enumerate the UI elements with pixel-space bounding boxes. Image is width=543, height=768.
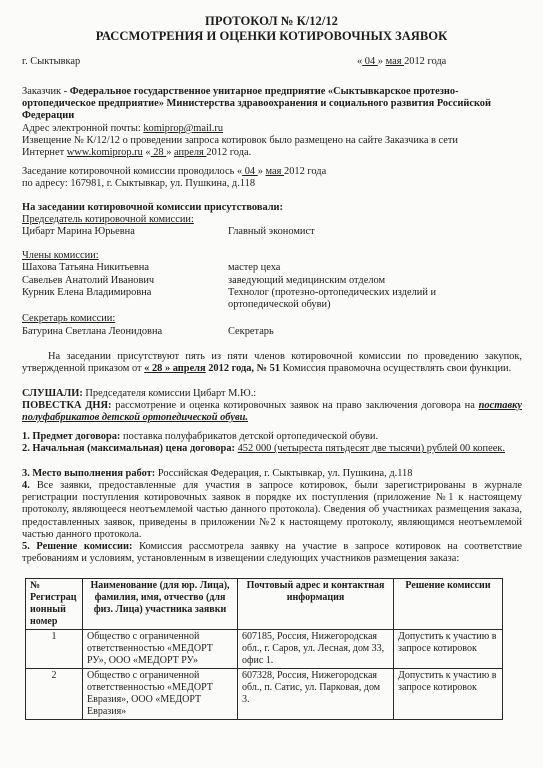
secretary-label: Секретарь комиссии: (22, 313, 522, 325)
secretary-name: Батурина Светлана Леонидовна (22, 326, 162, 337)
item-3: 3. Место выполнения работ: Российская Фе… (22, 468, 522, 480)
date-day: 04 (362, 56, 378, 67)
cell-number: 2 (26, 669, 83, 720)
notice-line: Извещение № К/12/12 о проведении запроса… (22, 135, 492, 159)
document-title: ПРОТОКОЛ № К/12/12 (0, 14, 543, 28)
email-link[interactable]: komiprop@mail.ru (143, 123, 223, 134)
member-name: Савельев Анатолий Иванович (22, 275, 154, 286)
table-header-row: № Регистрац ионный номер Наименование (д… (26, 579, 503, 630)
contract-price: 452 000 (четыреста пятьдесят две тысячи)… (238, 443, 505, 454)
meeting-line: Заседание котировочной комиссии проводил… (22, 166, 522, 178)
heard-line: СЛУШАЛИ: Председателя комиссии Цибарт М.… (22, 388, 522, 400)
cell-name: Общество с ограниченной ответственностью… (83, 630, 238, 669)
chair-role: Главный экономист (228, 226, 528, 238)
member-role: мастер цеха (228, 262, 528, 274)
date-year: 2012 года (404, 56, 446, 67)
cell-address: 607328, Россия, Нижегородская обл., п. С… (238, 669, 394, 720)
cell-name: Общество с ограниченной ответственностью… (83, 669, 238, 720)
item-1: 1. Предмет договора: поставка полуфабрик… (22, 431, 522, 443)
cell-decision: Допустить к участию в запросе котировок (394, 630, 503, 669)
member-row: Шахова Татьяна Никитьевна мастер цеха (22, 262, 522, 274)
col-header-decision: Решение комиссии (394, 579, 503, 630)
date-month: мая (386, 56, 405, 67)
member-row: Курник Елена Владимировна Технолог (прот… (22, 287, 522, 299)
member-role: заведующий медицинским отделом (228, 275, 528, 287)
document-subtitle: РАССМОТРЕНИЯ И ОЦЕНКИ КОТИРОВОЧНЫХ ЗАЯВО… (0, 29, 543, 43)
member-role: Технолог (протезно-ортопедических издели… (228, 287, 453, 311)
cell-address: 607185, Россия, Нижегородская обл., г. С… (238, 630, 394, 669)
table-row: 1 Общество с ограниченной ответственност… (26, 630, 503, 669)
member-name: Курник Елена Владимировна (22, 287, 151, 298)
table-row: 2 Общество с ограниченной ответственност… (26, 669, 503, 720)
secretary-row: Батурина Светлана Леонидовна Секретарь (22, 326, 522, 338)
participants-table: № Регистрац ионный номер Наименование (д… (25, 578, 503, 720)
col-header-name: Наименование (для юр. Лица), фамилия, им… (83, 579, 238, 630)
member-row: Савельев Анатолий Иванович заведующий ме… (22, 275, 522, 287)
customer-block: Заказчик - Федеральное государственное у… (22, 86, 522, 123)
customer-name: Федеральное государственное унитарное пр… (22, 86, 491, 121)
website-link[interactable]: www.komiprop.ru (67, 147, 143, 158)
col-header-number: № Регистрац ионный номер (26, 579, 83, 630)
item-2: 2. Начальная (максимальная) цена договор… (22, 443, 522, 455)
chair-name: Цибарт Марина Юрьевна (22, 226, 135, 237)
item-5: 5. Решение комиссии: Комиссия рассмотрел… (22, 541, 522, 565)
quorum-paragraph: На заседании присутствуют пять из пяти ч… (22, 351, 522, 375)
secretary-role: Секретарь (228, 326, 528, 338)
protocol-page: ПРОТОКОЛ № К/12/12 РАССМОТРЕНИЯ И ОЦЕНКИ… (0, 0, 543, 768)
col-header-address: Почтовый адрес и контактная информация (238, 579, 394, 630)
meeting-address: по адресу: 167981, г. Сыктывкар, ул. Пуш… (22, 178, 522, 190)
document-date: « 04 » мая 2012 года (357, 56, 446, 68)
city: г. Сыктывкар (22, 56, 80, 68)
email-line: Адрес электронной почты: komiprop@mail.r… (22, 123, 522, 135)
chair-row: Цибарт Марина Юрьевна Главный экономист (22, 226, 522, 238)
agenda-paragraph: ПОВЕСТКА ДНЯ: рассмотрение и оценка коти… (22, 400, 522, 424)
attendance-heading: На заседании котировочной комиссии прису… (22, 202, 522, 214)
members-label: Члены комиссии: (22, 250, 522, 262)
member-name: Шахова Татьяна Никитьевна (22, 262, 149, 273)
cell-number: 1 (26, 630, 83, 669)
item-4: 4. Все заявки, предоставленные для участ… (22, 480, 522, 541)
chair-label: Председатель котировочной комиссии: (22, 214, 522, 226)
cell-decision: Допустить к участию в запросе котировок (394, 669, 503, 720)
